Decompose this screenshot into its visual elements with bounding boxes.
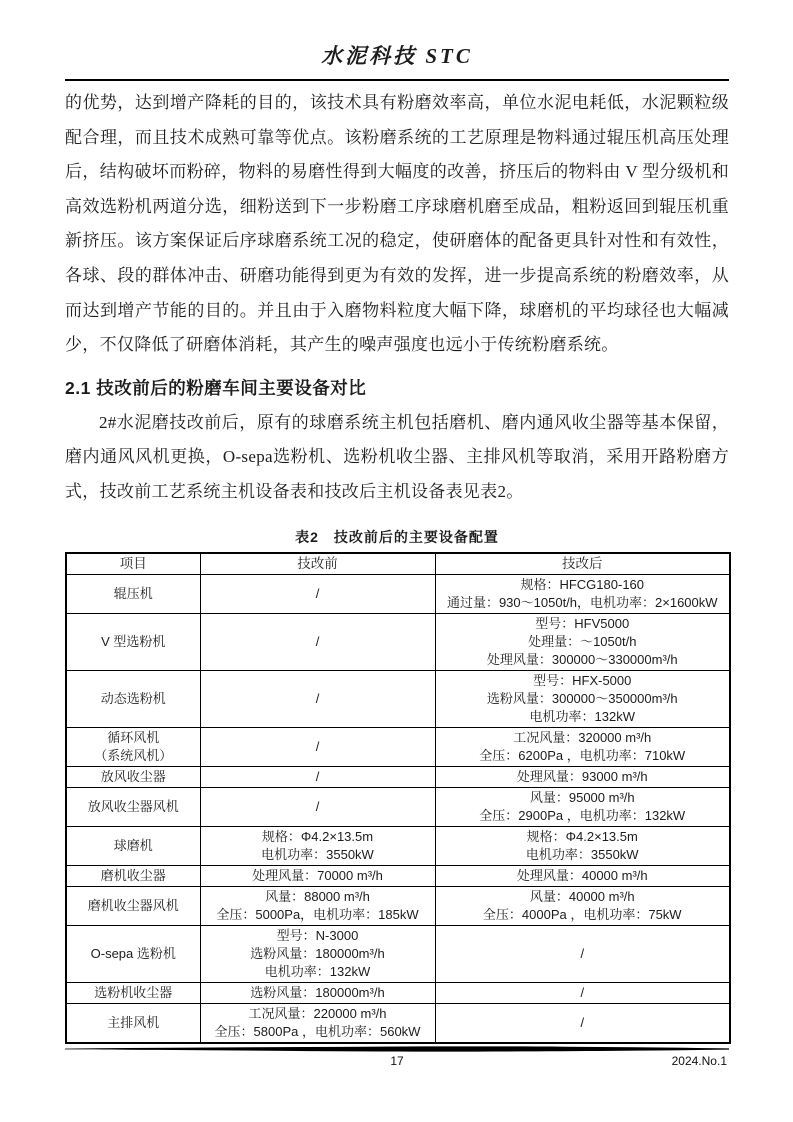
- before-cell: /: [200, 787, 435, 826]
- cell-line: 循环风机: [71, 729, 196, 747]
- after-cell: 规格：Φ4.2×13.5m电机功率：3550kW: [435, 826, 730, 865]
- cell-line: （系统风机）: [71, 747, 196, 765]
- after-cell: 风量：95000 m³/h全压：2900Pa ，电机功率：132kW: [435, 787, 730, 826]
- header-rule: [65, 79, 729, 81]
- after-cell: /: [435, 982, 730, 1003]
- after-cell: 型号：HFX-5000选粉风量：300000～350000m³/h电机功率：13…: [435, 670, 730, 727]
- cell-line: 型号：HFV5000: [440, 615, 726, 633]
- cell-line: /: [205, 633, 431, 651]
- cell-line: 工况风量：320000 m³/h: [440, 729, 726, 747]
- cell-line: 全压：5800Pa ，电机功率：560kW: [205, 1023, 431, 1041]
- table-row: 磨机收尘器处理风量：70000 m³/h处理风量：40000 m³/h: [66, 865, 730, 886]
- cell-line: 工况风量：220000 m³/h: [205, 1005, 431, 1023]
- table-row: 球磨机规格：Φ4.2×13.5m电机功率：3550kW规格：Φ4.2×13.5m…: [66, 826, 730, 865]
- cell-line: /: [205, 798, 431, 816]
- cell-line: V 型选粉机: [71, 633, 196, 651]
- section-heading: 2.1 技改前后的粉磨车间主要设备对比: [65, 375, 729, 400]
- cell-line: 规格：Φ4.2×13.5m: [205, 828, 431, 846]
- table-row: 放风收尘器/处理风量：93000 m³/h: [66, 766, 730, 787]
- cell-line: 风量：95000 m³/h: [440, 789, 726, 807]
- item-cell: 磨机收尘器: [66, 865, 200, 886]
- journal-title: 水泥科技 STC: [65, 40, 729, 70]
- item-cell: O-sepa 选粉机: [66, 925, 200, 982]
- item-cell: V 型选粉机: [66, 613, 200, 670]
- table-row: 放风收尘器风机/风量：95000 m³/h全压：2900Pa ，电机功率：132…: [66, 787, 730, 826]
- item-cell: 球磨机: [66, 826, 200, 865]
- cell-line: /: [205, 738, 431, 756]
- table-row: 主排风机工况风量：220000 m³/h全压：5800Pa ，电机功率：560k…: [66, 1003, 730, 1043]
- item-cell: 磨机收尘器风机: [66, 886, 200, 925]
- cell-line: /: [440, 984, 726, 1002]
- before-cell: /: [200, 727, 435, 766]
- cell-line: /: [205, 585, 431, 603]
- before-cell: /: [200, 574, 435, 613]
- cell-line: 磨机收尘器: [71, 867, 196, 885]
- cell-line: 选粉风量：180000m³/h: [205, 945, 431, 963]
- cell-line: /: [440, 945, 726, 963]
- cell-line: 处理风量：70000 m³/h: [205, 867, 431, 885]
- cell-line: 动态选粉机: [71, 690, 196, 708]
- cell-line: 规格：Φ4.2×13.5m: [440, 828, 726, 846]
- cell-line: 选粉风量：180000m³/h: [205, 984, 431, 1002]
- before-cell: /: [200, 670, 435, 727]
- table-header-row: 项目技改前技改后: [66, 553, 730, 575]
- paragraph-2: 2#水泥磨技改前后，原有的球磨系统主机包括磨机、磨内通风收尘器等基本保留，磨内通…: [65, 406, 729, 510]
- cell-line: 放风收尘器风机: [71, 798, 196, 816]
- item-cell: 循环风机（系统风机）: [66, 727, 200, 766]
- page-number: 17: [390, 1054, 403, 1068]
- table-row: 选粉机收尘器选粉风量：180000m³/h/: [66, 982, 730, 1003]
- cell-line: 选粉风量：300000～350000m³/h: [440, 690, 726, 708]
- cell-line: 放风收尘器: [71, 768, 196, 786]
- cell-line: 通过量：930～1050t/h，电机功率：2×1600kW: [440, 594, 726, 612]
- cell-line: 电机功率：132kW: [205, 963, 431, 981]
- cell-line: 规格：HFCG180-160: [440, 576, 726, 594]
- table-row: 辊压机/规格：HFCG180-160通过量：930～1050t/h，电机功率：2…: [66, 574, 730, 613]
- cell-line: 风量：40000 m³/h: [440, 888, 726, 906]
- item-cell: 辊压机: [66, 574, 200, 613]
- after-cell: 处理风量：40000 m³/h: [435, 865, 730, 886]
- cell-line: 全压：4000Pa ，电机功率：75kW: [440, 906, 726, 924]
- cell-line: 电机功率：3550kW: [205, 846, 431, 864]
- cell-line: 磨机收尘器风机: [71, 897, 196, 915]
- cell-line: 处理风量：300000～330000m³/h: [440, 651, 726, 669]
- table-header-cell: 技改前: [200, 553, 435, 575]
- cell-line: 型号：N-3000: [205, 927, 431, 945]
- after-cell: 规格：HFCG180-160通过量：930～1050t/h，电机功率：2×160…: [435, 574, 730, 613]
- before-cell: /: [200, 613, 435, 670]
- after-cell: /: [435, 925, 730, 982]
- after-cell: 处理风量：93000 m³/h: [435, 766, 730, 787]
- cell-line: /: [205, 768, 431, 786]
- cell-line: /: [440, 1014, 726, 1032]
- table-row: 循环风机（系统风机）/工况风量：320000 m³/h全压：6200Pa ，电机…: [66, 727, 730, 766]
- cell-line: 电机功率：3550kW: [440, 846, 726, 864]
- cell-line: 全压：2900Pa ，电机功率：132kW: [440, 807, 726, 825]
- cell-line: 全压：5000Pa，电机功率：185kW: [205, 906, 431, 924]
- issue-label: 2024.No.1: [672, 1054, 727, 1068]
- item-cell: 动态选粉机: [66, 670, 200, 727]
- cell-line: 处理风量：93000 m³/h: [440, 768, 726, 786]
- cell-line: 型号：HFX-5000: [440, 672, 726, 690]
- cell-line: /: [205, 690, 431, 708]
- cell-line: 全压：6200Pa ，电机功率：710kW: [440, 747, 726, 765]
- table-row: 动态选粉机/型号：HFX-5000选粉风量：300000～350000m³/h电…: [66, 670, 730, 727]
- before-cell: 型号：N-3000选粉风量：180000m³/h电机功率：132kW: [200, 925, 435, 982]
- after-cell: 型号：HFV5000处理量：～1050t/h处理风量：300000～330000…: [435, 613, 730, 670]
- before-cell: /: [200, 766, 435, 787]
- item-cell: 选粉机收尘器: [66, 982, 200, 1003]
- after-cell: 风量：40000 m³/h全压：4000Pa ，电机功率：75kW: [435, 886, 730, 925]
- table-row: V 型选粉机/型号：HFV5000处理量：～1050t/h处理风量：300000…: [66, 613, 730, 670]
- cell-line: 风量：88000 m³/h: [205, 888, 431, 906]
- table-header-cell: 项目: [66, 553, 200, 575]
- footer-rule: [65, 1045, 729, 1053]
- page-content: 水泥科技 STC 的优势，达到增产降耗的目的，该技术具有粉磨效率高，单位水泥电耗…: [65, 0, 729, 1044]
- item-cell: 主排风机: [66, 1003, 200, 1043]
- before-cell: 选粉风量：180000m³/h: [200, 982, 435, 1003]
- table-row: O-sepa 选粉机型号：N-3000选粉风量：180000m³/h电机功率：1…: [66, 925, 730, 982]
- table-row: 磨机收尘器风机风量：88000 m³/h全压：5000Pa，电机功率：185kW…: [66, 886, 730, 925]
- cell-line: 选粉机收尘器: [71, 984, 196, 1002]
- table-header-cell: 技改后: [435, 553, 730, 575]
- footer-text: 17 2024.No.1: [65, 1054, 729, 1072]
- item-cell: 放风收尘器风机: [66, 787, 200, 826]
- item-cell: 放风收尘器: [66, 766, 200, 787]
- page-footer: 17 2024.No.1: [65, 1045, 729, 1072]
- cell-line: 球磨机: [71, 837, 196, 855]
- after-cell: 工况风量：320000 m³/h全压：6200Pa ，电机功率：710kW: [435, 727, 730, 766]
- document-page: 水泥科技 STC 的优势，达到增产降耗的目的，该技术具有粉磨效率高，单位水泥电耗…: [0, 0, 793, 1122]
- cell-line: 处理量：～1050t/h: [440, 633, 726, 651]
- cell-line: 电机功率：132kW: [440, 708, 726, 726]
- cell-line: O-sepa 选粉机: [71, 945, 196, 963]
- before-cell: 工况风量：220000 m³/h全压：5800Pa ，电机功率：560kW: [200, 1003, 435, 1043]
- paragraph-1: 的优势，达到增产降耗的目的，该技术具有粉磨效率高，单位水泥电耗低，水泥颗粒级配合…: [65, 86, 729, 363]
- before-cell: 处理风量：70000 m³/h: [200, 865, 435, 886]
- equipment-table: 项目技改前技改后 辊压机/规格：HFCG180-160通过量：930～1050t…: [65, 552, 731, 1044]
- cell-line: 处理风量：40000 m³/h: [440, 867, 726, 885]
- before-cell: 风量：88000 m³/h全压：5000Pa，电机功率：185kW: [200, 886, 435, 925]
- after-cell: /: [435, 1003, 730, 1043]
- table-caption: 表2 技改前后的主要设备配置: [65, 527, 729, 547]
- cell-line: 主排风机: [71, 1014, 196, 1032]
- before-cell: 规格：Φ4.2×13.5m电机功率：3550kW: [200, 826, 435, 865]
- cell-line: 辊压机: [71, 585, 196, 603]
